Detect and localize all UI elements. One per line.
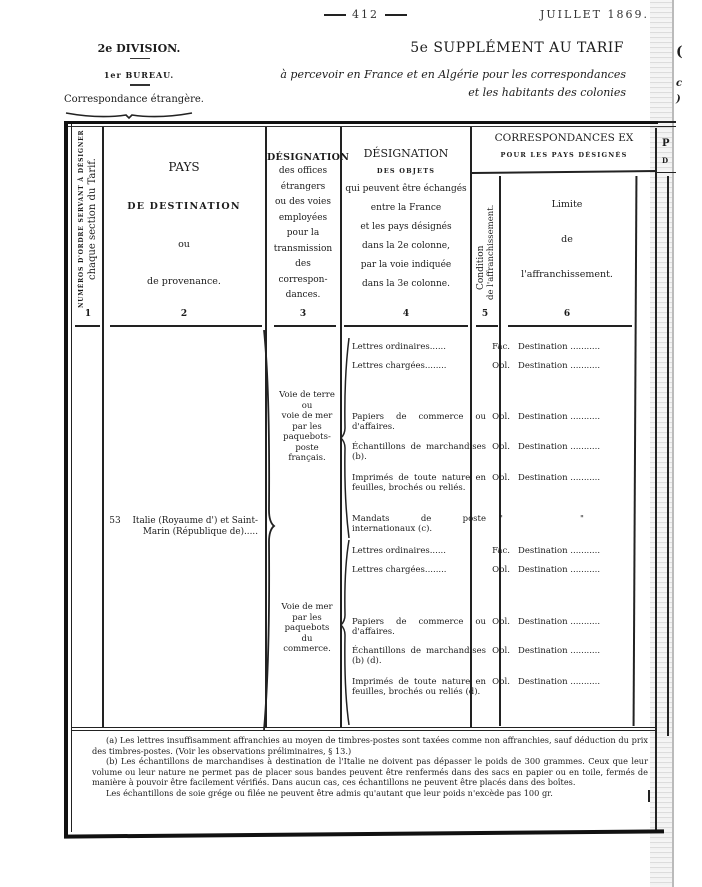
- route-line: ou: [272, 401, 342, 412]
- route-line: du: [272, 634, 342, 645]
- next-page-fragment: c: [676, 78, 682, 89]
- object-item: Imprimés de toute nature en feuilles, br…: [352, 677, 486, 697]
- col4-header-title: DÉSIGNATION: [342, 146, 470, 161]
- next-page-fragment: P: [662, 138, 670, 149]
- table-border-top: [64, 121, 658, 124]
- col5-header-line1: Condition: [476, 246, 486, 290]
- next-page-rule: [667, 176, 669, 736]
- col4-header-line: dans la 3e colonne.: [342, 275, 470, 294]
- column-number: 6: [502, 309, 632, 319]
- limit-value: ": [518, 514, 646, 524]
- limit-value: Destination ...........: [518, 646, 646, 656]
- route-line: paquebots-: [272, 432, 342, 443]
- object-item: Lettres chargées........: [352, 565, 486, 575]
- col3-header-lines: des offices étrangers ou des voies emplo…: [267, 164, 339, 304]
- column-number-rule: [75, 325, 100, 327]
- group-header-title: CORRESPONDANCES EX: [472, 131, 656, 146]
- column-number: 2: [104, 309, 264, 319]
- column-number-rule: [274, 325, 336, 327]
- limit-value: Destination ...........: [518, 473, 646, 483]
- col3-header-line: dances.: [267, 288, 339, 304]
- page-edge: [672, 0, 674, 887]
- condition-value: ": [489, 514, 513, 524]
- route-line: par les: [272, 422, 342, 433]
- col2-header-title: PAYS: [104, 160, 264, 175]
- limit-value: Destination ...........: [518, 617, 646, 627]
- brace-route-1-icon: [340, 338, 352, 538]
- object-item: Lettres ordinaires......: [352, 546, 486, 556]
- column-number-rule: [508, 325, 632, 327]
- condition-value: Obl.: [489, 361, 513, 371]
- col1-header-line1: NUMÉROS D'ORDRE SERVANT À DÉSIGNER: [78, 128, 85, 308]
- document-subtitle-line2: et les habitants des colonies: [240, 86, 626, 99]
- divider: [130, 58, 150, 59]
- service-label: Correspondance étrangère.: [64, 94, 194, 105]
- route-line: par les: [272, 613, 342, 624]
- col3-header-line: ou des voies: [267, 195, 339, 211]
- bureau-label: 1er BUREAU.: [84, 70, 194, 80]
- route-line: Voie de mer: [272, 602, 342, 613]
- col3-header-line: employées: [267, 211, 339, 227]
- limit-value: Destination ...........: [518, 677, 646, 687]
- col3-header-line: étrangers: [267, 180, 339, 196]
- footnote-a: (a) Les lettres insuffisamment affranchi…: [92, 735, 648, 756]
- col2-header-ou: ou: [104, 237, 264, 252]
- dash-decoration: [385, 14, 407, 16]
- route-line: commerce.: [272, 644, 342, 655]
- page-date: JUILLET 1869.: [540, 8, 649, 21]
- column-number-rule: [476, 325, 498, 327]
- notes-separator: [72, 730, 656, 731]
- next-page-fragment: D: [662, 156, 668, 165]
- table-border-top-inner: [64, 126, 658, 127]
- col6-header-line: Limite: [502, 197, 632, 212]
- route-1-via: Voie de terre ou voie de mer par les paq…: [272, 390, 342, 464]
- col6-header-line: de: [502, 232, 632, 247]
- limit-value: Destination ...........: [518, 342, 646, 352]
- column-number: 5: [472, 309, 498, 319]
- limit-value: Destination ...........: [518, 565, 646, 575]
- route-line: Voie de terre: [272, 390, 342, 401]
- route-line: voie de mer: [272, 411, 342, 422]
- condition-value: Obl.: [489, 646, 513, 656]
- condition-value: Obl.: [489, 412, 513, 422]
- limit-value: Destination ...........: [518, 412, 646, 422]
- object-item: Échantillons de marchandises (b) (d).: [352, 646, 486, 666]
- object-item: Papiers de commerce ou d'affaires.: [352, 412, 486, 432]
- next-page-fragment: (: [676, 44, 683, 60]
- condition-value: Obl.: [489, 442, 513, 452]
- column-number: 1: [76, 309, 100, 319]
- divider: [130, 84, 150, 86]
- col2-header-sub: DE DESTINATION: [104, 199, 264, 214]
- route-2-via: Voie de mer par les paquebots du commerc…: [272, 602, 342, 655]
- col4-header-line: dans la 2e colonne,: [342, 237, 470, 256]
- column-divider-1: [102, 127, 104, 727]
- route-line: poste: [272, 443, 342, 454]
- column-number: 3: [267, 309, 339, 319]
- condition-value: Fac.: [489, 342, 513, 352]
- footnote-b: (b) Les échantillons de marchandises à d…: [92, 756, 648, 788]
- col4-header-line: et les pays désignés: [342, 218, 470, 237]
- object-item: Échantillons de marchandises (b).: [352, 442, 486, 462]
- col4-header-line: entre la France: [342, 199, 470, 218]
- col3-header-line: pour la: [267, 226, 339, 242]
- table-border-left-inner: [71, 124, 72, 832]
- col4-header-sub: DES OBJETS: [342, 164, 470, 179]
- object-item: Imprimés de toute nature en feuilles, br…: [352, 473, 486, 493]
- route-line: français.: [272, 453, 342, 464]
- table-border-left: [64, 121, 68, 836]
- limit-value: Destination ...........: [518, 361, 646, 371]
- footnote-silk: Les échantillons de soie grége ou filée …: [92, 788, 648, 799]
- country-name: Italie (Royaume d') et Saint-Marin (Répu…: [122, 516, 258, 538]
- col3-header-line: des offices: [267, 164, 339, 180]
- object-item: Papiers de commerce ou d'affaires.: [352, 617, 486, 637]
- col4-header-line: par la voie indiquée: [342, 256, 470, 275]
- route-line: paquebots: [272, 623, 342, 634]
- column-number-rule: [110, 325, 262, 327]
- notes-margin-mark: [648, 790, 650, 802]
- col6-header-line: l'affranchissement.: [502, 267, 632, 282]
- col2-header-end: de provenance.: [104, 274, 264, 289]
- condition-value: Obl.: [489, 473, 513, 483]
- object-item: Lettres chargées........: [352, 361, 486, 371]
- page-number: 412: [318, 8, 413, 21]
- object-item: Mandats de poste internationaux (c).: [352, 514, 486, 534]
- condition-value: Fac.: [489, 546, 513, 556]
- object-item: Lettres ordinaires......: [352, 342, 486, 352]
- col3-header-line: des: [267, 257, 339, 273]
- limit-value: Destination ...........: [518, 546, 646, 556]
- group-header-rule: [472, 170, 656, 174]
- footnotes: (a) Les lettres insuffisamment affranchi…: [92, 735, 648, 799]
- document-title: 5e SUPPLÉMENT AU TARIF: [400, 40, 624, 56]
- condition-value: Obl.: [489, 617, 513, 627]
- swash-ornament: [64, 110, 194, 120]
- document-subtitle-line1: à percevoir en France et en Algérie pour…: [240, 68, 626, 81]
- col3-header-line: correspon-: [267, 273, 339, 289]
- col4-header-lines: qui peuvent être échangés entre la Franc…: [342, 180, 470, 294]
- col4-header-line: qui peuvent être échangés: [342, 180, 470, 199]
- column-number: 4: [342, 309, 470, 319]
- division-label: 2e DIVISION.: [84, 42, 194, 55]
- col3-header-line: transmission: [267, 242, 339, 258]
- brace-route-2-icon: [340, 540, 352, 725]
- col5-header-line2: de l'affranchissement.: [486, 205, 496, 300]
- notes-separator: [72, 727, 656, 728]
- condition-value: Obl.: [489, 565, 513, 575]
- page-number-text: 412: [352, 8, 379, 21]
- group-header-subtitle: POUR LES PAYS DÉSIGNÉS: [472, 148, 656, 163]
- column-number-rule: [344, 325, 468, 327]
- next-page-rule: [656, 172, 676, 173]
- dash-decoration: [324, 14, 346, 16]
- col3-header-title: DÉSIGNATION: [267, 150, 339, 165]
- col1-header-line2: chaque section du Tarif.: [87, 158, 98, 280]
- condition-value: Obl.: [489, 677, 513, 687]
- table-border-bottom: [64, 829, 664, 838]
- limit-value: Destination ...........: [518, 442, 646, 452]
- next-page-fragment: ): [676, 94, 681, 105]
